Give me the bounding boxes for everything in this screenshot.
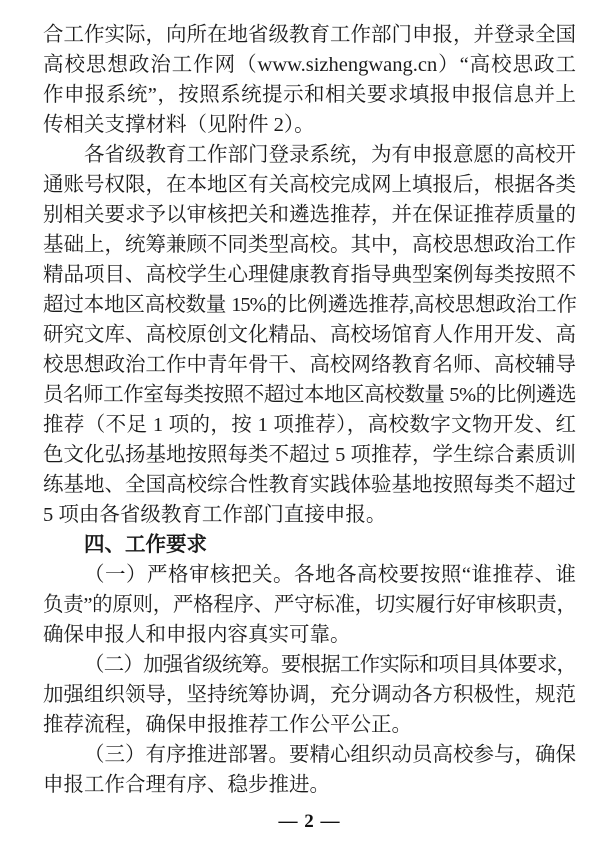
text-line: 校思想政治工作中青年骨干、高校网络教育名师、高校辅导 xyxy=(43,350,576,380)
text-line: 推荐（不足 1 项的，按 1 项推荐），高校数字文物开发、红 xyxy=(43,410,576,440)
text-line: 合工作实际，向所在地省级教育工作部门申报，并登录全国 xyxy=(43,20,576,50)
text-line: （二）加强省级统筹。要根据工作实际和项目具体要求， xyxy=(43,650,576,680)
text-line: 研究文库、高校原创文化精品、高校场馆育人作用开发、高 xyxy=(43,320,576,350)
text-line: 推荐流程，确保申报推荐工作公平公正。 xyxy=(43,710,576,740)
text-line: 确保申报人和申报内容真实可靠。 xyxy=(43,620,576,650)
text-line: 负责”的原则，严格程序、严守标准，切实履行好审核职责， xyxy=(43,590,576,620)
text-line: 别相关要求予以审核把关和遴选推荐，并在保证推荐质量的 xyxy=(43,200,576,230)
text-line: 作申报系统”，按照系统提示和相关要求填报申报信息并上 xyxy=(43,80,576,110)
text-line: （一）严格审核把关。各地各高校要按照“谁推荐、谁 xyxy=(43,560,576,590)
text-line: 精品项目、高校学生心理健康教育指导典型案例每类按照不 xyxy=(43,260,576,290)
text-line: 员名师工作室每类按照不超过本地区高校数量 5%的比例遴选 xyxy=(43,380,576,410)
text-line: 通账号权限，在本地区有关高校完成网上填报后，根据各类 xyxy=(43,170,576,200)
text-line: 5 项由各省级教育工作部门直接申报。 xyxy=(43,500,576,530)
document-body: 合工作实际，向所在地省级教育工作部门申报，并登录全国 高校思想政治工作网（www… xyxy=(43,20,576,800)
page-number: — 2 — xyxy=(43,811,576,833)
text-line: 色文化弘扬基地按照每类不超过 5 项推荐，学生综合素质训 xyxy=(43,440,576,470)
text-line: （三）有序推进部署。要精心组织动员高校参与，确保 xyxy=(43,740,576,770)
text-line: 超过本地区高校数量 15%的比例遴选推荐,高校思想政治工作 xyxy=(43,290,576,320)
text-line: 传相关支撑材料（见附件 2）。 xyxy=(43,110,576,140)
text-line: 加强组织领导，坚持统筹协调，充分调动各方积极性，规范 xyxy=(43,680,576,710)
section-heading: 四、工作要求 xyxy=(43,530,576,560)
text-line: 练基地、全国高校综合性教育实践体验基地按照每类不超过 xyxy=(43,470,576,500)
text-line: 申报工作合理有序、稳步推进。 xyxy=(43,770,576,800)
text-line: 基础上，统筹兼顾不同类型高校。其中，高校思想政治工作 xyxy=(43,230,576,260)
text-line: 高校思想政治工作网（www.sizhengwang.cn）“高校思政工 xyxy=(43,50,576,80)
text-line: 各省级教育工作部门登录系统，为有申报意愿的高校开 xyxy=(43,140,576,170)
document-page: 合工作实际，向所在地省级教育工作部门申报，并登录全国 高校思想政治工作网（www… xyxy=(0,0,605,846)
